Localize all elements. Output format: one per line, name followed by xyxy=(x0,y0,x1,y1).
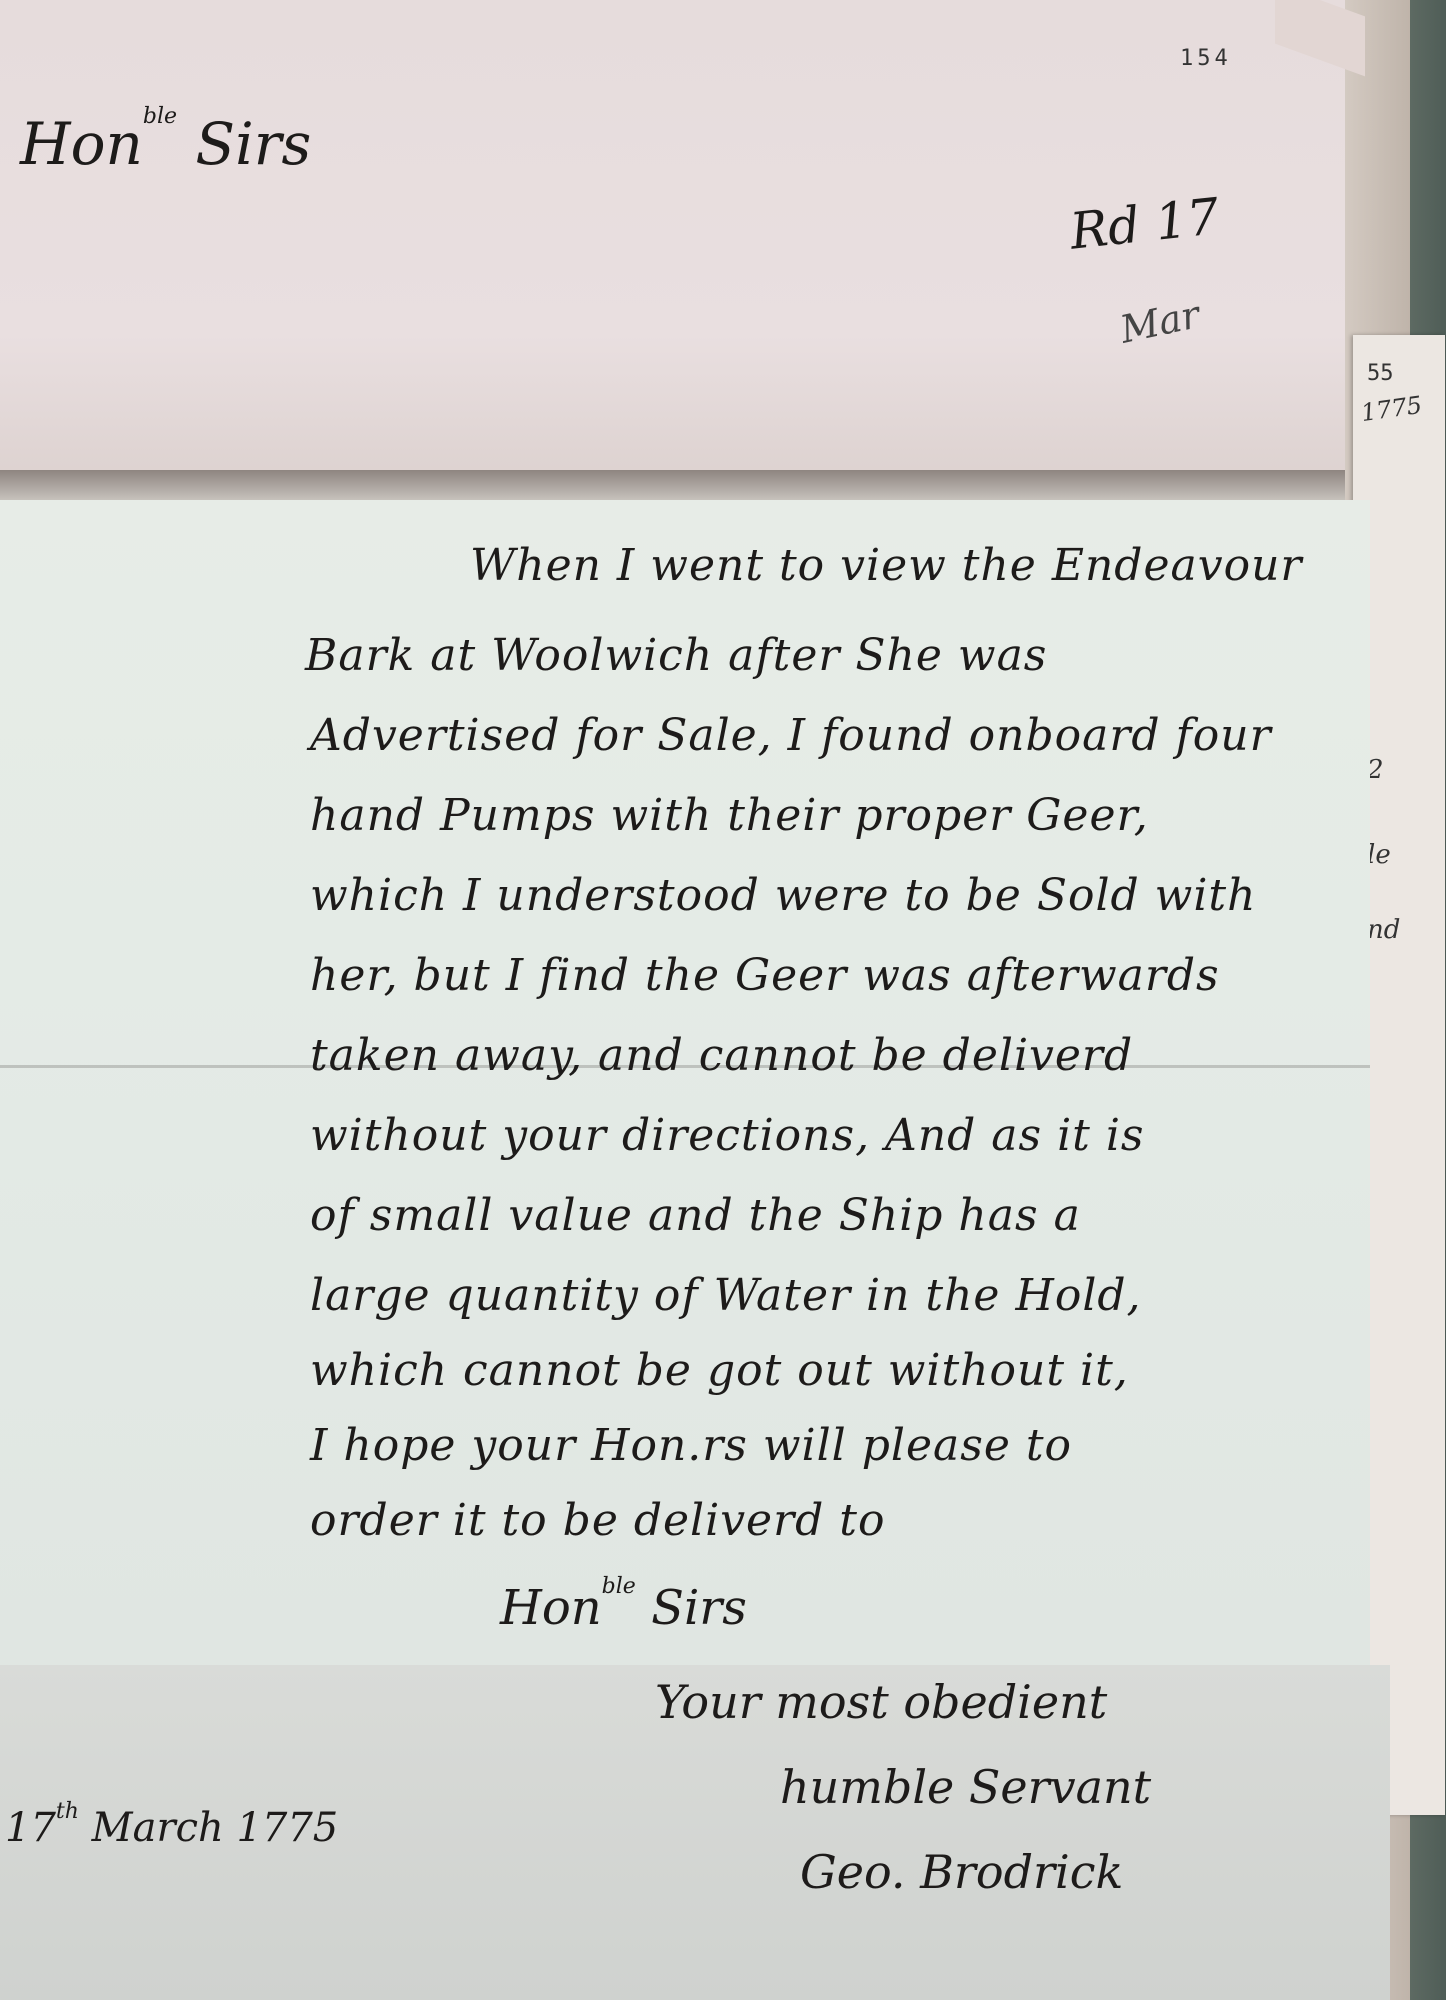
body-line: order it to be deliverd to xyxy=(310,1495,885,1546)
signature: Geo. Brodrick xyxy=(800,1845,1123,1899)
letter-date: 17th March 1775 xyxy=(5,1805,338,1851)
body-line: Bark at Woolwich after She was xyxy=(305,630,1047,681)
body-line: taken away, and cannot be deliverd xyxy=(310,1030,1133,1081)
endorsement-month: Mar xyxy=(1116,292,1203,352)
body-line: Advertised for Sale, I found onboard fou… xyxy=(310,710,1272,761)
closing-line: Your most obedient xyxy=(655,1675,1107,1729)
side-slip-fragment: le xyxy=(1367,840,1391,870)
folio-number: 154 xyxy=(1180,46,1232,71)
salutation-main: Hon xyxy=(20,110,143,178)
side-slip-year: 1775 xyxy=(1359,391,1423,427)
date-suffix: th xyxy=(56,1799,79,1824)
body-line: I hope your Hon.rs will please to xyxy=(310,1420,1072,1471)
body-line: without your directions, And as it is xyxy=(310,1110,1145,1161)
endorsement-received: Rd 17 xyxy=(1067,187,1221,260)
side-slip-fragment: nd xyxy=(1367,915,1400,945)
closing-line: humble Servant xyxy=(780,1760,1151,1814)
salutation-superscript: ble xyxy=(143,104,177,129)
body-line: large quantity of Water in the Hold, xyxy=(310,1270,1142,1321)
date-day: 17 xyxy=(5,1805,56,1851)
body-line: When I went to view the Endeavour xyxy=(470,540,1302,591)
folded-corner xyxy=(1275,0,1365,76)
salutation-after: Sirs xyxy=(177,110,311,178)
closing-salutation: Honble Sirs xyxy=(500,1580,747,1636)
date-month-year: March 1775 xyxy=(92,1805,339,1851)
letter-top-panel: 154 Honble Sirs Rd 17 Mar xyxy=(0,0,1345,478)
closing-salutation-superscript: ble xyxy=(602,1574,636,1599)
closing-salutation-after: Sirs xyxy=(636,1580,747,1636)
salutation: Honble Sirs xyxy=(20,110,311,178)
body-line: which I understood were to be Sold with xyxy=(310,870,1256,921)
side-slip-number: 55 xyxy=(1367,361,1394,386)
body-line: of small value and the Ship has a xyxy=(310,1190,1081,1241)
body-line: hand Pumps with their proper Geer, xyxy=(310,790,1149,841)
closing-salutation-main: Hon xyxy=(500,1580,602,1636)
body-line: her, but I find the Geer was afterwards xyxy=(310,950,1220,1001)
body-line: which cannot be got out without it, xyxy=(310,1345,1129,1396)
